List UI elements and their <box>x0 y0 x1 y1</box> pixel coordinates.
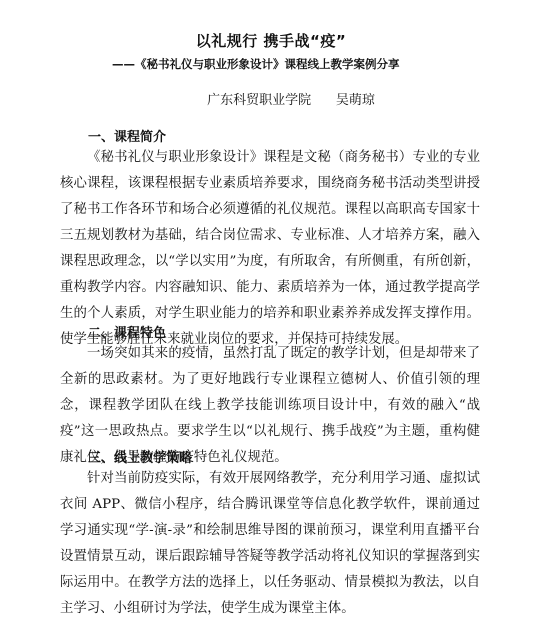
document-page: 以礼规行 携手战“疫” ——《秘书礼仪与职业形象设计》课程线上教学案例分享 广东… <box>0 0 542 631</box>
author-byline: 广东科贸职业学院 吴萌琼 <box>0 89 542 108</box>
section-heading-intro: 一、课程简介 <box>88 126 166 145</box>
section-paragraph-strategy: 针对当前防疫实际，有效开展网络教学，充分利用学习通、虚拟试衣间 APP、微信小程… <box>60 466 480 622</box>
section-heading-strategy: 三、线上教学策略 <box>88 447 192 466</box>
document-title: 以礼规行 携手战“疫” <box>0 30 542 51</box>
section-heading-features: 二、课程特色 <box>88 322 166 341</box>
document-subtitle: ——《秘书礼仪与职业形象设计》课程线上教学案例分享 <box>112 56 400 72</box>
